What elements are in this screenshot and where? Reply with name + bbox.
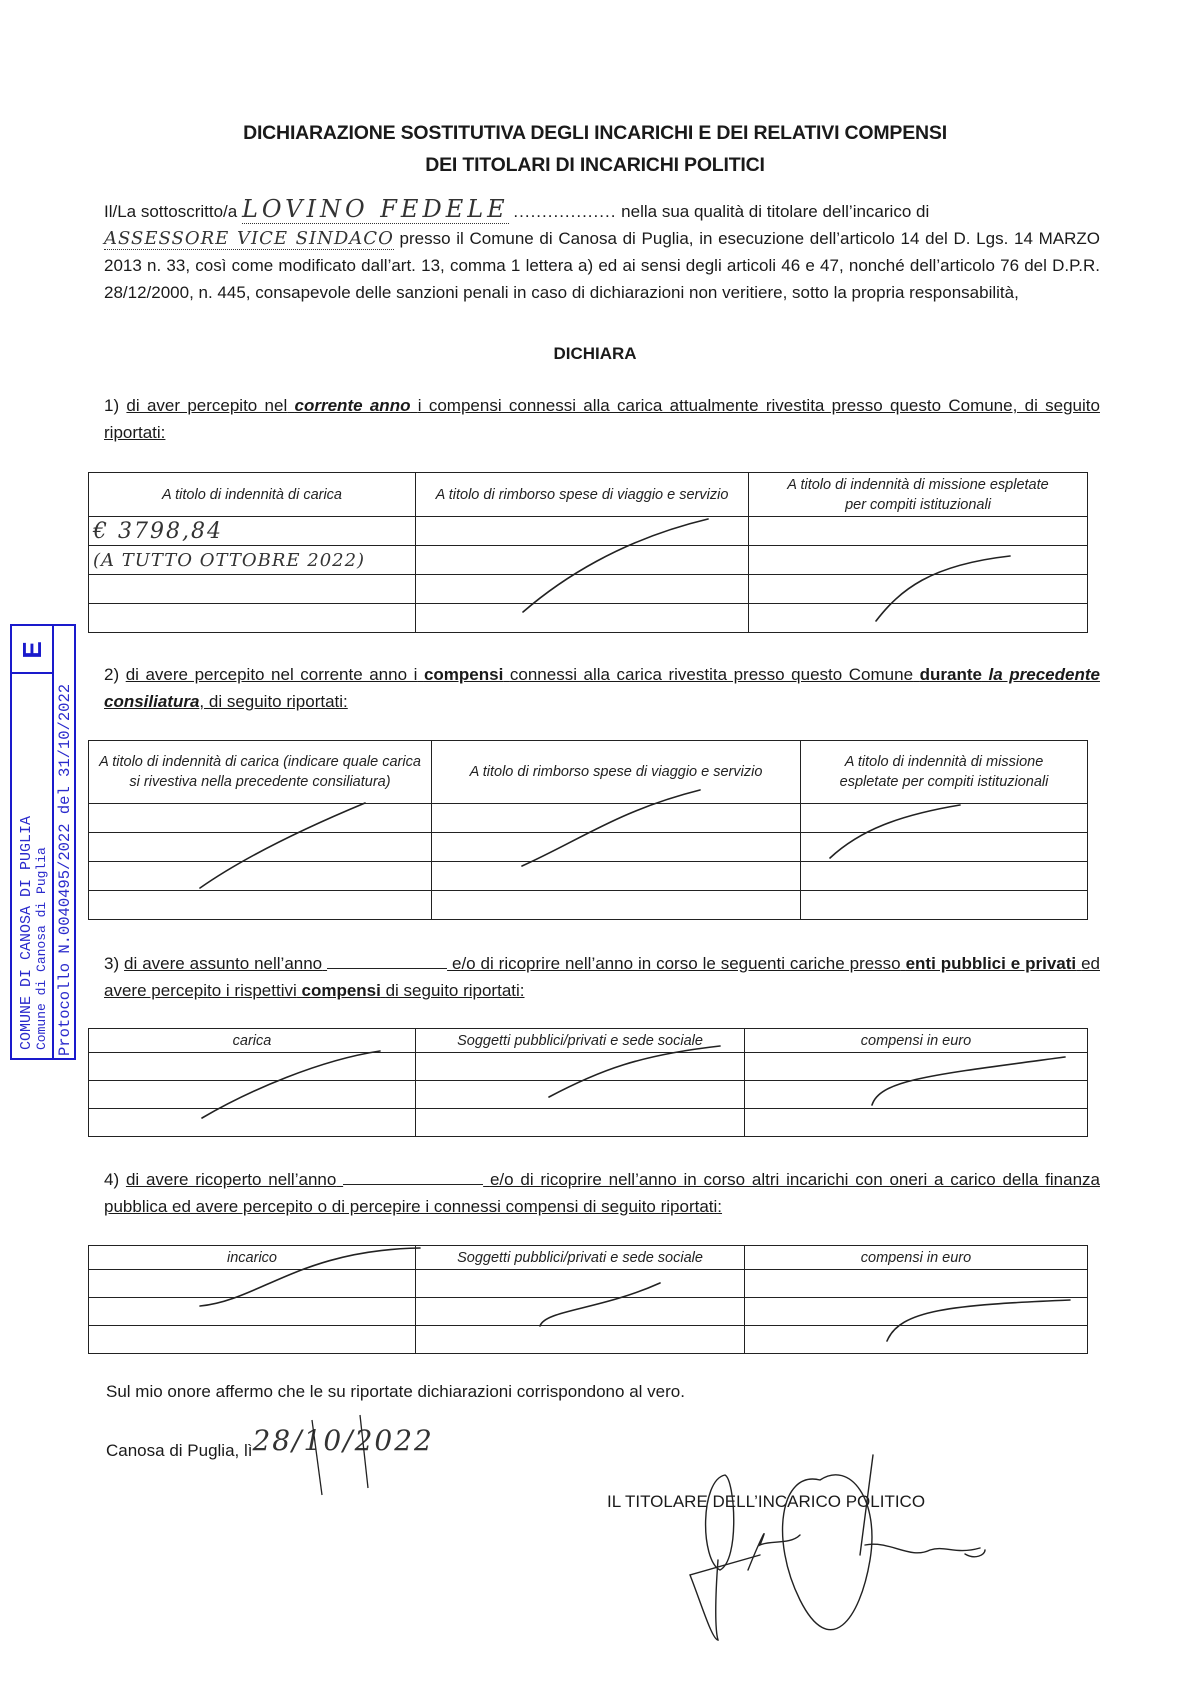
s4-cell[interactable] xyxy=(416,1298,745,1326)
section3-text: 3) di avere assunto nell’anno e/o di ric… xyxy=(104,950,1100,1004)
section1-text: 1) di aver percepito nel corrente anno i… xyxy=(104,392,1100,446)
stamp-divider xyxy=(52,626,54,1058)
year-blank-3[interactable] xyxy=(327,968,447,969)
document-title-line1: DICHIARAZIONE SOSTITUTIVA DEGLI INCARICH… xyxy=(0,122,1190,145)
signature-label: IL TITOLARE DELL’INCARICO POLITICO xyxy=(607,1492,925,1512)
section1-table: A titolo di indennità di carica A titolo… xyxy=(88,472,1088,633)
s2-cell[interactable] xyxy=(801,804,1088,833)
s3-cell[interactable] xyxy=(745,1081,1088,1109)
intro-after-name: nella sua qualità di titolare dell’incar… xyxy=(621,202,929,221)
stamp-line1: COMUNE DI CANOSA DI PUGLIA xyxy=(18,816,35,1050)
s3-cell[interactable] xyxy=(745,1053,1088,1081)
s2-cell[interactable] xyxy=(89,833,432,862)
s2-cell[interactable] xyxy=(89,891,432,920)
s4-cell[interactable] xyxy=(89,1298,416,1326)
s4-cell[interactable] xyxy=(745,1298,1088,1326)
intro-prefix: Il/La sottoscritto/a xyxy=(104,202,237,221)
s4-cell[interactable] xyxy=(416,1326,745,1354)
s1-cell[interactable] xyxy=(749,546,1088,575)
section3-table: carica Soggetti pubblici/privati e sede … xyxy=(88,1028,1088,1137)
s3-cell[interactable] xyxy=(89,1053,416,1081)
protocol-stamp: E COMUNE DI CANOSA DI PUGLIA Comune di C… xyxy=(10,624,76,1060)
s1-header-2: A titolo di rimborso spese di viaggio e … xyxy=(416,473,749,517)
s2-header-1: A titolo di indennità di carica (indicar… xyxy=(89,741,432,804)
s1-cell[interactable] xyxy=(749,604,1088,633)
s1-cell[interactable] xyxy=(749,575,1088,604)
s4-header-3: compensi in euro xyxy=(745,1246,1088,1270)
intro-paragraph: Il/La sottoscritto/a LOVINO FEDELE .....… xyxy=(104,196,1100,306)
s3-cell[interactable] xyxy=(89,1109,416,1137)
s3-header-2: Soggetti pubblici/privati e sede sociale xyxy=(416,1029,745,1053)
s1-cell-period[interactable]: (A TUTTO OTTOBRE 2022) xyxy=(89,546,416,575)
s2-cell[interactable] xyxy=(801,891,1088,920)
s2-cell[interactable] xyxy=(432,804,801,833)
s1-cell[interactable] xyxy=(416,546,749,575)
s4-cell[interactable] xyxy=(89,1270,416,1298)
s4-cell[interactable] xyxy=(745,1326,1088,1354)
s4-cell[interactable] xyxy=(89,1326,416,1354)
s4-cell[interactable] xyxy=(416,1270,745,1298)
s3-cell[interactable] xyxy=(745,1109,1088,1137)
dichiara-heading: DICHIARA xyxy=(0,344,1190,364)
s1-cell[interactable] xyxy=(416,517,749,546)
s4-header-2: Soggetti pubblici/privati e sede sociale xyxy=(416,1246,745,1270)
s2-cell[interactable] xyxy=(432,891,801,920)
place-date-line: Canosa di Puglia, lì28/10/2022 xyxy=(106,1430,434,1463)
s1-cell[interactable] xyxy=(89,575,416,604)
s3-cell[interactable] xyxy=(416,1053,745,1081)
s1-cell[interactable] xyxy=(89,604,416,633)
s1-cell-amount[interactable]: € 3798,84 xyxy=(89,517,416,546)
closing-statement: Sul mio onore affermo che le su riportat… xyxy=(106,1382,685,1402)
section2-text: 2) di avere percepito nel corrente anno … xyxy=(104,661,1100,715)
name-field[interactable]: LOVINO FEDELE xyxy=(242,195,509,224)
s2-header-3: A titolo di indennità di missione esplet… xyxy=(801,741,1088,804)
year-blank-4[interactable] xyxy=(343,1184,483,1185)
stamp-letter: E xyxy=(16,635,48,665)
s3-header-1: carica xyxy=(89,1029,416,1053)
s3-header-3: compensi in euro xyxy=(745,1029,1088,1053)
stamp-line2: Comune di Canosa di Puglia xyxy=(34,847,49,1050)
s4-header-1: incarico xyxy=(89,1246,416,1270)
s2-cell[interactable] xyxy=(801,833,1088,862)
s4-cell[interactable] xyxy=(745,1270,1088,1298)
s1-cell[interactable] xyxy=(749,517,1088,546)
s3-cell[interactable] xyxy=(89,1081,416,1109)
s2-cell[interactable] xyxy=(432,833,801,862)
s2-cell[interactable] xyxy=(801,862,1088,891)
s1-cell[interactable] xyxy=(416,604,749,633)
s2-cell[interactable] xyxy=(89,862,432,891)
s2-header-2: A titolo di rimborso spese di viaggio e … xyxy=(432,741,801,804)
s2-cell[interactable] xyxy=(89,804,432,833)
stamp-line3: Protocollo N.0040495/2022 del 31/10/2022 xyxy=(56,684,74,1056)
s1-cell[interactable] xyxy=(416,575,749,604)
document-title-line2: DEI TITOLARI DI INCARICHI POLITICI xyxy=(0,154,1190,177)
section4-text: 4) di avere ricoperto nell’anno e/o di r… xyxy=(104,1166,1100,1220)
section4-table: incarico Soggetti pubblici/privati e sed… xyxy=(88,1245,1088,1354)
stamp-divider xyxy=(12,672,52,674)
s3-cell[interactable] xyxy=(416,1081,745,1109)
s3-cell[interactable] xyxy=(416,1109,745,1137)
s2-cell[interactable] xyxy=(432,862,801,891)
role-field[interactable]: ASSESSORE VICE SINDACO xyxy=(104,228,394,250)
section2-table: A titolo di indennità di carica (indicar… xyxy=(88,740,1088,920)
s1-header-3: A titolo di indennità di missione esplet… xyxy=(749,473,1088,517)
date-field[interactable]: 28/10/2022 xyxy=(252,1424,433,1457)
s1-header-1: A titolo di indennità di carica xyxy=(89,473,416,517)
